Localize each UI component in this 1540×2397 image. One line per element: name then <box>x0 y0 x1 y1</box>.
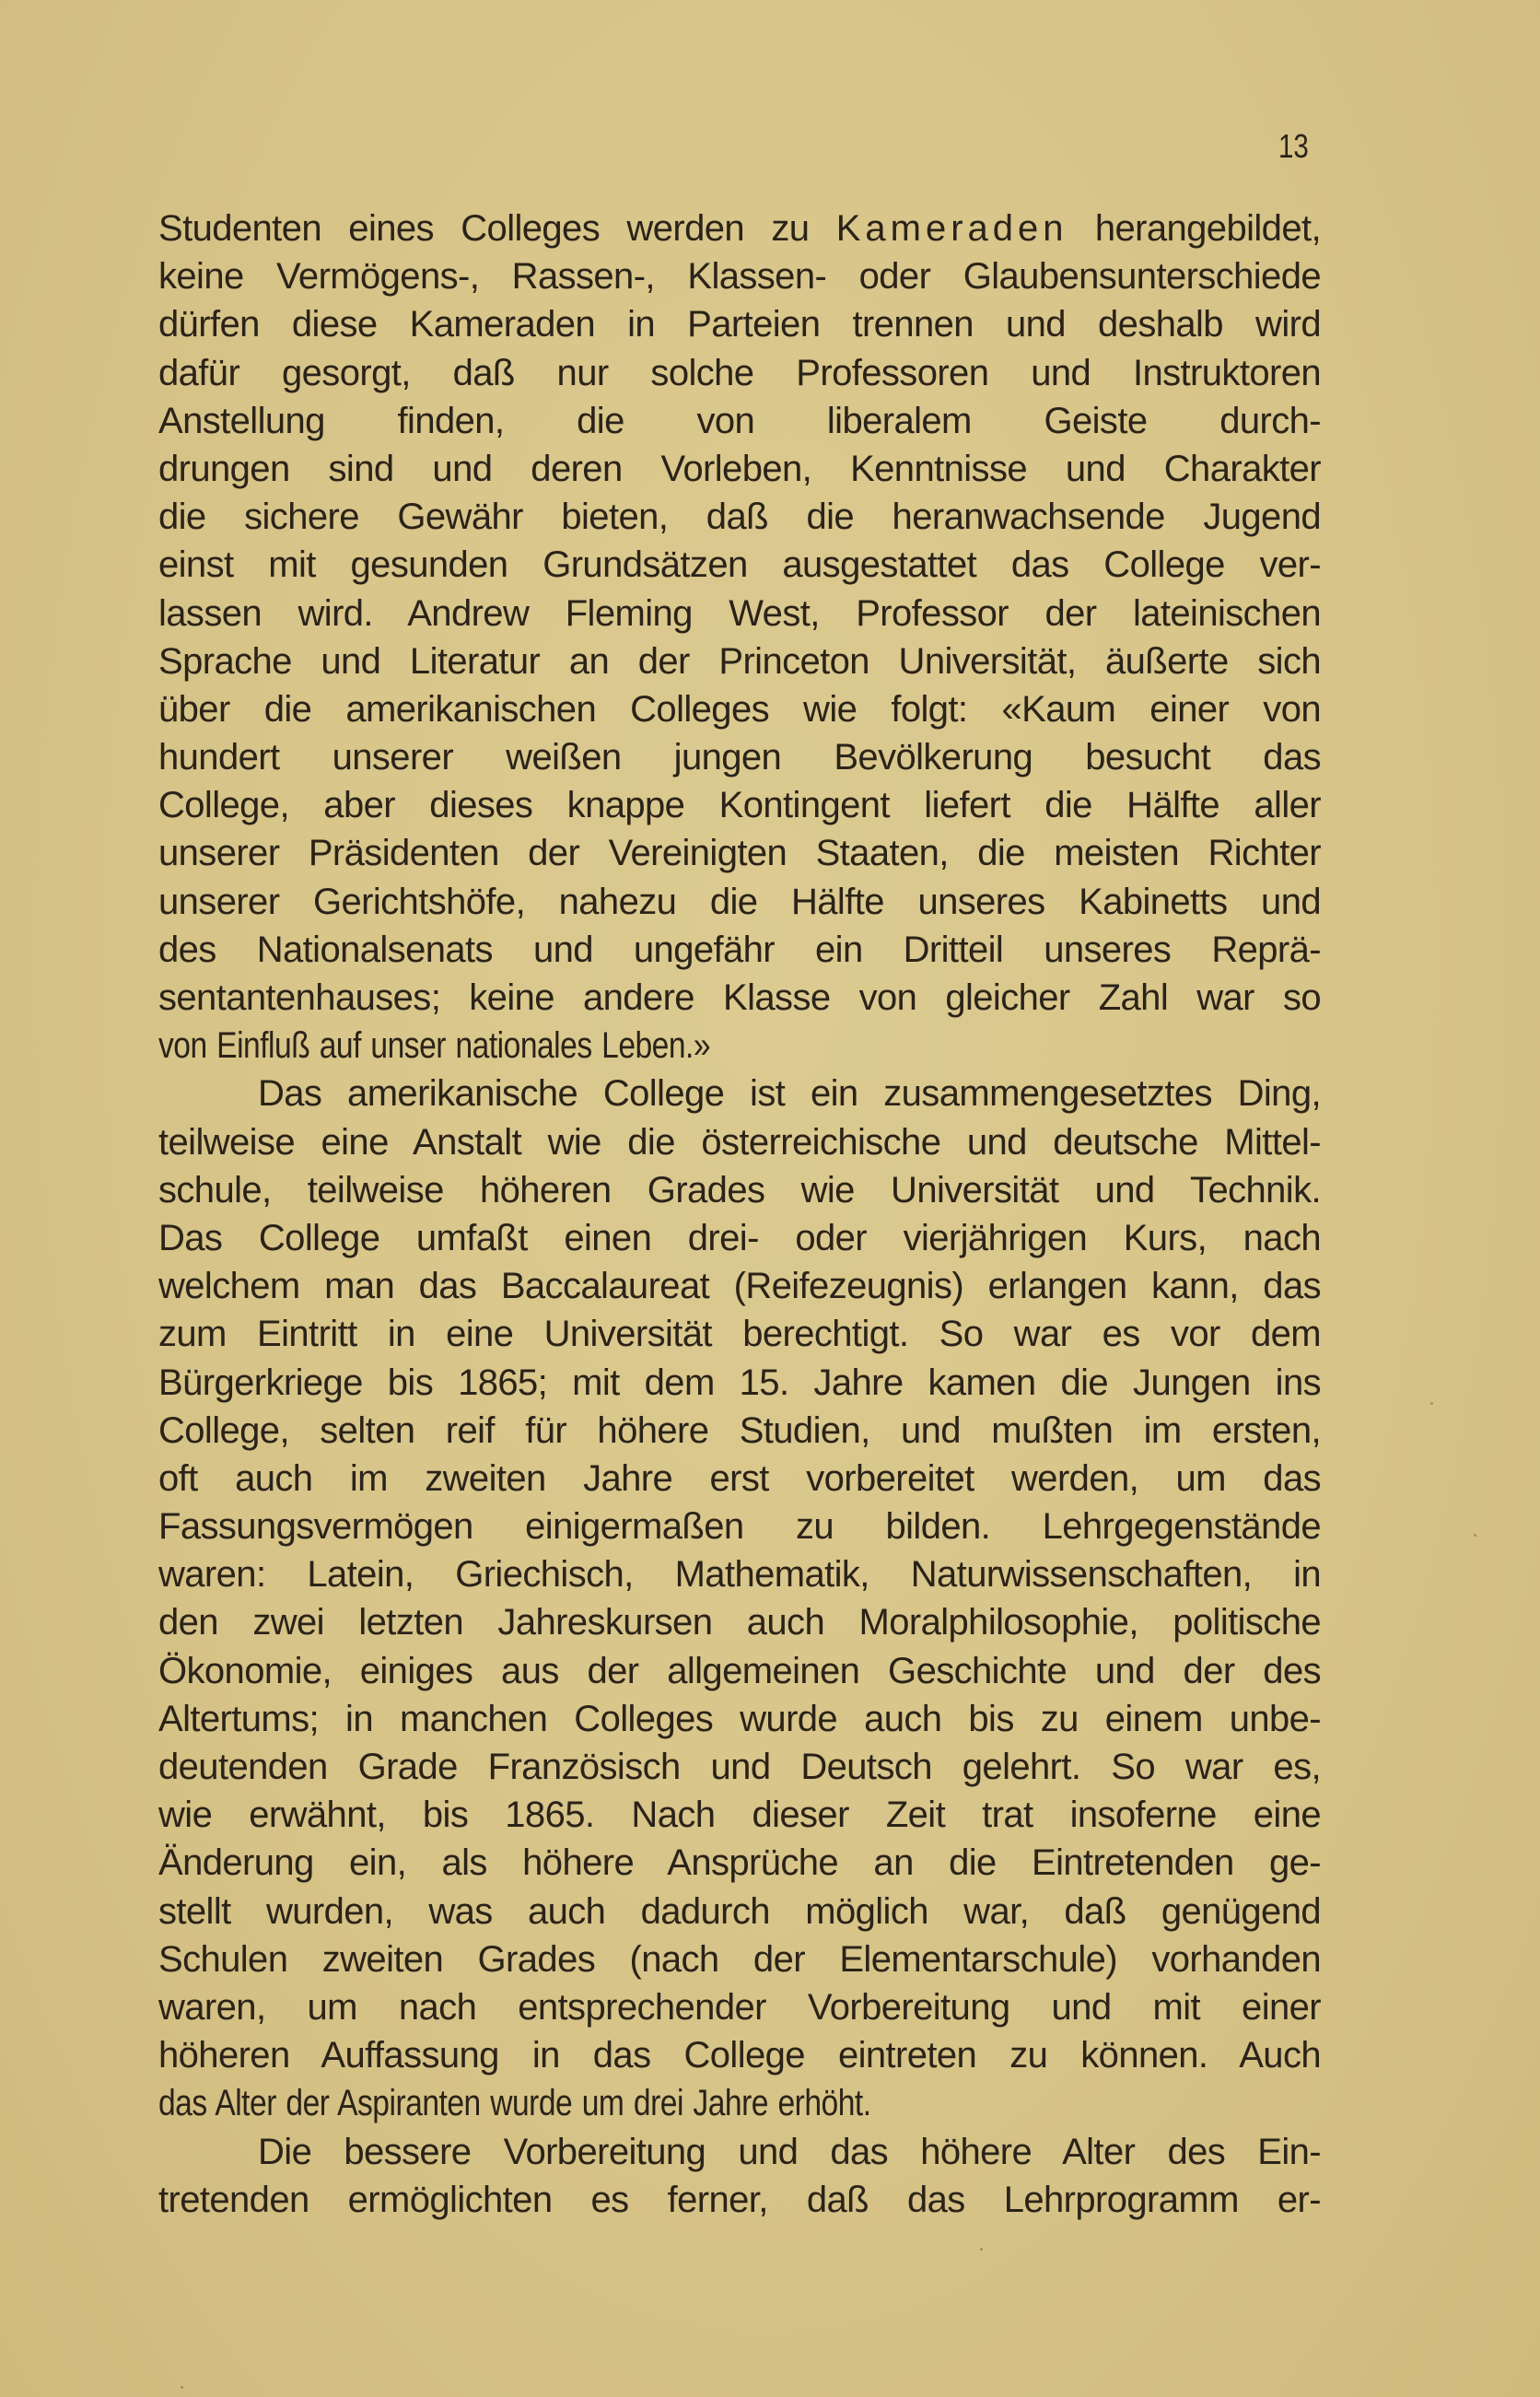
text-line: waren, um nach entsprechender Vorbereitu… <box>158 1983 1321 2031</box>
text-line: Schulen zweiten Grades (nach der Element… <box>158 1935 1321 1983</box>
paragraph-end-line: von Einfluß auf unser nationales Leben.» <box>158 1022 1321 1070</box>
paper-speck <box>181 2386 183 2389</box>
emphasized-word: Kameraden <box>836 208 1068 249</box>
text-line: sentantenhauses; keine andere Klasse von… <box>158 974 1321 1022</box>
text-line: Sprache und Literatur an der Princeton U… <box>158 637 1321 685</box>
text-line: dafür gesorgt, daß nur solche Professore… <box>158 349 1321 397</box>
paragraph-start-line: Das amerikanische College ist ein zusamm… <box>158 1070 1321 1117</box>
text-line: stellt wurden, was auch dadurch möglich … <box>158 1888 1321 1935</box>
text-line: Ökonomie, einiges aus der allgemeinen Ge… <box>158 1647 1321 1695</box>
paper-speck <box>980 2248 983 2251</box>
text-segment: Studenten eines Colleges werden zu <box>158 208 836 249</box>
text-line: drungen sind und deren Vorleben, Kenntni… <box>158 445 1321 493</box>
text-line: welchem man das Baccalaureat (Reifezeugn… <box>158 1262 1321 1310</box>
paper-speck <box>1474 1534 1476 1537</box>
text-line: des Nationalsenats und ungefähr ein Drit… <box>158 926 1321 974</box>
text-line: unserer Gerichtshöfe, nahezu die Hälfte … <box>158 878 1321 926</box>
text-line: Studenten eines Colleges werden zu Kamer… <box>158 205 1321 252</box>
text-line: dürfen diese Kameraden in Parteien trenn… <box>158 300 1321 348</box>
text-line: zum Eintritt in eine Universität berecht… <box>158 1310 1321 1358</box>
text-line: Das College umfaßt einen drei- oder vier… <box>158 1214 1321 1262</box>
text-line: wie erwähnt, bis 1865. Nach dieser Zeit … <box>158 1791 1321 1839</box>
text-line: die sichere Gewähr bieten, daß die heran… <box>158 493 1321 541</box>
text-line: waren: Latein, Griechisch, Mathematik, N… <box>158 1550 1321 1598</box>
text-line: keine Vermögens-, Rassen-, Klassen- oder… <box>158 252 1321 300</box>
text-line: oft auch im zweiten Jahre erst vorbereit… <box>158 1455 1321 1503</box>
text-line: hundert unserer weißen jungen Bevölkerun… <box>158 733 1321 781</box>
text-line: über die amerikanischen Colleges wie fol… <box>158 685 1321 733</box>
text-line: lassen wird. Andrew Fleming West, Profes… <box>158 590 1321 637</box>
paragraph-end-line: das Alter der Aspiranten wurde um drei J… <box>158 2079 1321 2127</box>
text-line: Altertums; in manchen Colleges wurde auc… <box>158 1695 1321 1743</box>
text-line: deutenden Grade Französisch und Deutsch … <box>158 1743 1321 1791</box>
text-line: Änderung ein, als höhere Ansprüche an di… <box>158 1839 1321 1887</box>
body-text: Studenten eines Colleges werden zu Kamer… <box>158 205 1321 2224</box>
text-line: Anstellung finden, die von liberalem Gei… <box>158 397 1321 445</box>
text-line: teilweise eine Anstalt wie die österreic… <box>158 1118 1321 1166</box>
text-segment: herangebildet, <box>1068 208 1321 249</box>
page-number: 13 <box>1278 127 1309 166</box>
text-line: einst mit gesunden Grundsätzen ausgestat… <box>158 541 1321 589</box>
book-page: 13 Studenten eines Colleges werden zu Ka… <box>0 0 1540 2397</box>
paragraph-start-line: Die bessere Vorbereitung und das höhere … <box>158 2128 1321 2176</box>
text-line: College, aber dieses knappe Kontingent l… <box>158 781 1321 829</box>
text-line: den zwei letzten Jahreskursen auch Moral… <box>158 1598 1321 1646</box>
text-line: schule, teilweise höheren Grades wie Uni… <box>158 1166 1321 1214</box>
paper-speck <box>1430 1402 1433 1405</box>
text-line: College, selten reif für höhere Studien,… <box>158 1407 1321 1455</box>
text-line: Bürgerkriege bis 1865; mit dem 15. Jahre… <box>158 1359 1321 1407</box>
text-line: höheren Auffassung in das College eintre… <box>158 2031 1321 2079</box>
text-line: tretenden ermöglichten es ferner, daß da… <box>158 2176 1321 2224</box>
text-line: unserer Präsidenten der Vereinigten Staa… <box>158 829 1321 877</box>
text-line: Fassungsvermögen einigermaßen zu bilden.… <box>158 1503 1321 1550</box>
